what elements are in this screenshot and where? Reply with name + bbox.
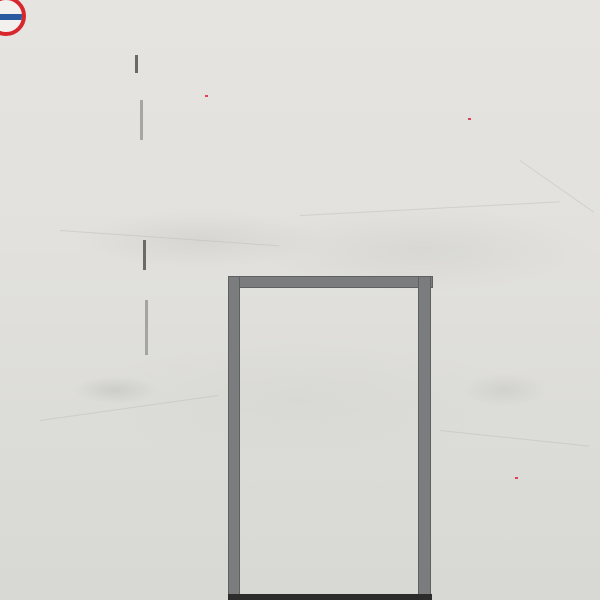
frame-left-post (228, 276, 240, 600)
stamp-band (0, 14, 22, 20)
dark-mark (135, 55, 138, 73)
marble-slab (0, 0, 600, 600)
dark-mark (145, 300, 148, 355)
red-chalk-dot (515, 477, 518, 479)
floor-shadow (228, 594, 432, 600)
frame-top-bar (228, 276, 433, 288)
frame-right-post (418, 276, 431, 600)
red-chalk-dot (468, 118, 471, 120)
dark-mark (140, 100, 143, 140)
dark-mark (143, 240, 146, 270)
red-chalk-dot (205, 95, 208, 97)
